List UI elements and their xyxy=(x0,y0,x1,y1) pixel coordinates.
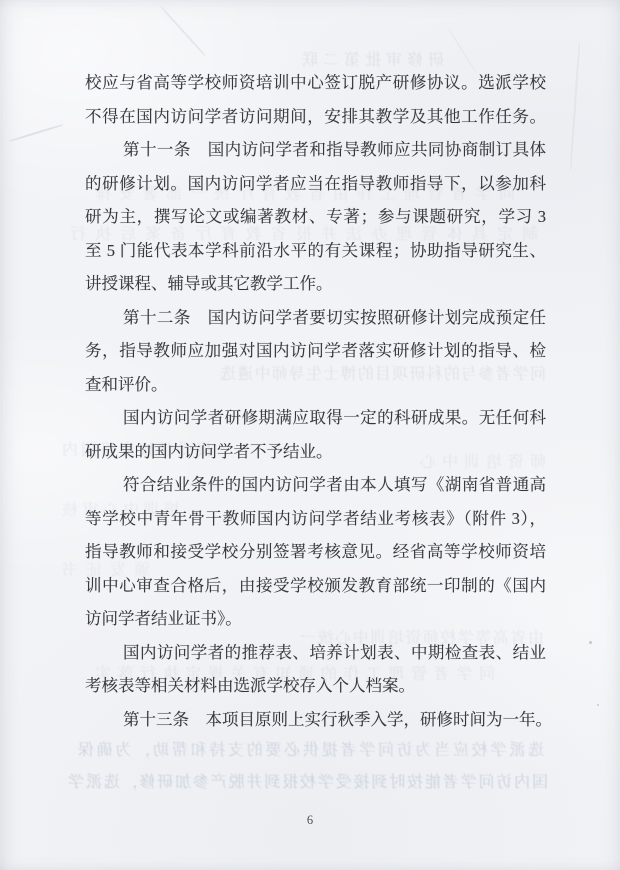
text-line: 访问学者结业证书》。 xyxy=(85,602,546,636)
text-line: 指导教师和接受学校分别签署考核意见。经省高等学校师资培 xyxy=(85,535,546,569)
text-line: 国内访问学者研修期满应取得一定的科研成果。无任何科 xyxy=(85,401,546,435)
document-text-block: 校应与省高等学校师资培训中心签订脱产研修协议。选派学校不得在国内访问学者访问期间… xyxy=(85,66,546,736)
text-line: 查和评价。 xyxy=(85,368,546,402)
text-line: 训中心审查合格后，由接受学校颁发教育部统一印制的《国内 xyxy=(85,569,546,603)
bleed-through-text: 国内访问学者能按时到接受学校报到并脱产参加研修，选派学 xyxy=(68,772,548,794)
document-page: 研修审批第二联问学者管理工作由省教育厅统一部署安排制定具体管理办法并报省教育厅备… xyxy=(0,0,620,870)
text-line: 符合结业条件的国内访问学者由本人填写《湖南省普通高 xyxy=(85,468,546,502)
page-number: 6 xyxy=(0,813,620,828)
text-line: 至 5 门能代表本学科前沿水平的有关课程；协助指导研究生、 xyxy=(85,234,546,268)
text-line: 的研修计划。国内访问学者应当在指导教师指导下，以参加科 xyxy=(85,167,546,201)
text-line: 校应与省高等学校师资培训中心签订脱产研修协议。选派学校 xyxy=(85,66,546,100)
text-line: 研成果的国内访问学者不予结业。 xyxy=(85,435,546,469)
text-line: 考核表等相关材料由选派学校存入个人档案。 xyxy=(85,669,546,703)
text-line: 第十一条 国内访问学者和指导教师应共同协商制订具体 xyxy=(85,133,546,167)
text-line: 等学校中青年骨干教师国内访问学者结业考核表》（附件 3）， xyxy=(85,502,546,536)
text-line: 第十三条 本项目原则上实行秋季入学，研修时间为一年。 xyxy=(85,703,546,737)
text-line: 不得在国内访问学者访问期间，安排其教学及其他工作任务。 xyxy=(85,100,546,134)
text-line: 国内访问学者的推荐表、培养计划表、中期检查表、结业 xyxy=(85,636,546,670)
text-line: 研为主，撰写论文或编著教材、专著；参与课题研究，学习 3 xyxy=(85,200,546,234)
text-line: 务，指导教师应加强对国内访问学者落实研修计划的指导、检 xyxy=(85,334,546,368)
bleed-through-text: 选派学校应当为访问学者提供必要的支持和帮助，为确保 xyxy=(78,740,544,762)
text-line: 讲授课程、辅导或其它教学工作。 xyxy=(85,267,546,301)
text-line: 第十二条 国内访问学者要切实按照研修计划完成预定任 xyxy=(85,301,546,335)
